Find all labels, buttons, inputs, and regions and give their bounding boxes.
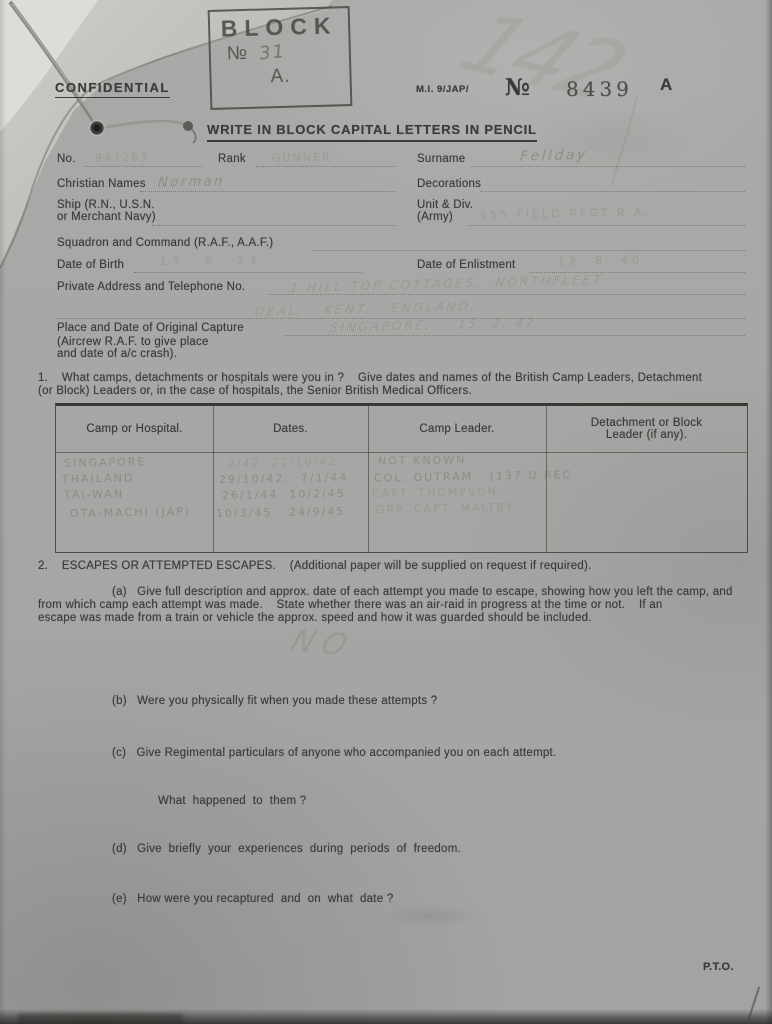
squadron-label: Squadron and Command (R.A.F., A.A.F.) xyxy=(57,237,273,249)
camp-cell-row4: OTA-MACHI (JAP) xyxy=(70,505,191,520)
rank-rule xyxy=(256,166,396,167)
no-value-handwritten: 947263 xyxy=(95,151,149,165)
form-suffix: A xyxy=(660,75,673,95)
surname-value-handwritten: Fellday xyxy=(519,147,589,165)
camp-cell-row1: SINGAPORE xyxy=(64,455,147,469)
stamp-letter: A. xyxy=(211,64,350,90)
page-bottom-edge xyxy=(0,1009,772,1024)
dates-cell-row1: 2/42. 22/10/42 xyxy=(228,455,337,470)
decorations-label: Decorations xyxy=(417,178,481,190)
no-label: No. xyxy=(57,153,76,165)
capture-note-line1: (Aircrew R.A.F. to give place xyxy=(57,336,209,348)
rank-value-handwritten: GUNNER xyxy=(272,150,332,164)
squadron-rule xyxy=(312,250,745,251)
surname-rule xyxy=(470,166,745,167)
question1-line1: 1. What camps, detachments or hospitals … xyxy=(38,372,702,384)
col-header-block-leader: Detachment or Block Leader (if any). xyxy=(546,406,747,452)
unit-div-rule xyxy=(468,225,745,226)
question2d: (d) Give briefly your experiences during… xyxy=(112,843,461,855)
stamp-no-line: №31 xyxy=(211,40,350,66)
dates-cell-row4: 10/3/45 24/9/45 xyxy=(216,505,346,520)
camp-cell-row2: THAILAND xyxy=(62,471,135,485)
unit-div-label-line2: (Army) xyxy=(417,211,453,223)
rank-label: Rank xyxy=(218,153,246,165)
dates-cell-row2: 29/10/42. 7/1/44 xyxy=(219,471,349,486)
page-title: WRITE IN BLOCK CAPITAL LETTERS IN PENCIL xyxy=(207,122,537,142)
camp-cell-row3: TAI-WAN xyxy=(64,487,124,501)
dob-label: Date of Birth xyxy=(57,259,124,271)
question2a-line3: escape was made from a train or vehicle … xyxy=(38,612,592,624)
string-knot xyxy=(183,121,193,131)
leader-cell-row3: CAPT. THOMPSON xyxy=(372,485,498,500)
address-label: Private Address and Telephone No. xyxy=(57,281,245,293)
dates-cell-row3: 26/1/44 10/2/45 xyxy=(222,487,346,502)
leader-cell-row4: GRP. CAPT. MALTBY xyxy=(376,501,515,516)
address-value-line1-handwritten: 1 HILL TOP COTTAGES, NORTHFLEET xyxy=(289,272,604,295)
no-rule xyxy=(85,166,202,167)
camps-table: Camp or Hospital. Dates. Camp Leader. De… xyxy=(55,403,748,553)
christian-names-rule xyxy=(140,191,396,192)
christian-names-value-handwritten: Norman xyxy=(157,174,226,191)
capture-label: Place and Date of Original Capture xyxy=(57,322,244,334)
mi9-reference: M.I. 9/JAP/ xyxy=(416,84,469,95)
numero-sign: № xyxy=(505,74,530,101)
pto-label: P.T.O. xyxy=(703,961,734,973)
table-header-separator xyxy=(56,452,747,453)
punch-hole xyxy=(91,122,104,135)
ship-label-line2: or Merchant Navy) xyxy=(57,211,156,223)
dob-value-handwritten: 15. 6. 21 xyxy=(160,253,263,268)
col-header-camp: Camp or Hospital. xyxy=(56,406,213,452)
address-rule-line1 xyxy=(268,294,745,295)
string-knot-tail xyxy=(188,126,196,143)
stamp-number-handwritten: 31 xyxy=(258,41,286,65)
stamp-block-text: BLOCK xyxy=(210,12,349,43)
question2b: (b) Were you physically fit when you mad… xyxy=(112,695,437,707)
surname-label: Surname xyxy=(417,153,465,165)
decorations-rule xyxy=(480,191,745,192)
question2e: (e) How were you recaptured and on what … xyxy=(112,893,393,905)
capture-rule xyxy=(284,335,745,336)
unit-div-label-line1: Unit & Div. xyxy=(417,199,473,211)
block-number-stamp: BLOCK №31 A. xyxy=(208,6,353,110)
question2a-line1: (a) Give full description and approx. da… xyxy=(112,586,733,598)
stamp-no-sign: № xyxy=(227,43,250,65)
ship-rule xyxy=(152,225,396,226)
string-tail xyxy=(102,121,184,128)
enlistment-label: Date of Enlistment xyxy=(417,259,515,271)
question2c: (c) Give Regimental particulars of anyon… xyxy=(112,747,556,759)
question2c-followup: What happened to them ? xyxy=(158,795,306,807)
question2a-line2: from which camp each attempt was made. S… xyxy=(38,599,663,611)
punch-hole-ring xyxy=(89,120,105,136)
unit-div-value-handwritten: 155 FIELD REGT R.A. xyxy=(480,206,651,222)
capture-note-line2: and date of a/c crash). xyxy=(57,348,177,360)
pow-questionnaire-scan: BLOCK №31 A. CONFIDENTIAL M.I. 9/JAP/ № … xyxy=(0,0,772,1024)
col-header-leader: Camp Leader. xyxy=(368,406,546,452)
form-number: 8439 xyxy=(566,77,633,101)
punch-hole-center xyxy=(94,125,101,132)
dob-rule xyxy=(134,272,362,273)
confidential-label: CONFIDENTIAL xyxy=(55,80,170,98)
question2-heading: 2. ESCAPES OR ATTEMPTED ESCAPES. (Additi… xyxy=(38,560,592,572)
leader-cell-row1: NOT KNOWN xyxy=(378,453,467,468)
christian-names-label: Christian Names xyxy=(57,178,146,190)
question1-line2: (or Block) Leaders or, in the case of ho… xyxy=(38,385,472,397)
col-header-dates: Dates. xyxy=(213,406,368,452)
ship-label-line1: Ship (R.N., U.S.N. xyxy=(57,199,155,211)
leader-cell-row2: COL. OUTRAM (137 U REC xyxy=(374,468,572,484)
enlistment-value-handwritten: 12. 8. 40. xyxy=(558,253,651,268)
pencil-scrawl-tail xyxy=(612,95,637,185)
answer-no-handwritten: NO xyxy=(286,624,360,664)
